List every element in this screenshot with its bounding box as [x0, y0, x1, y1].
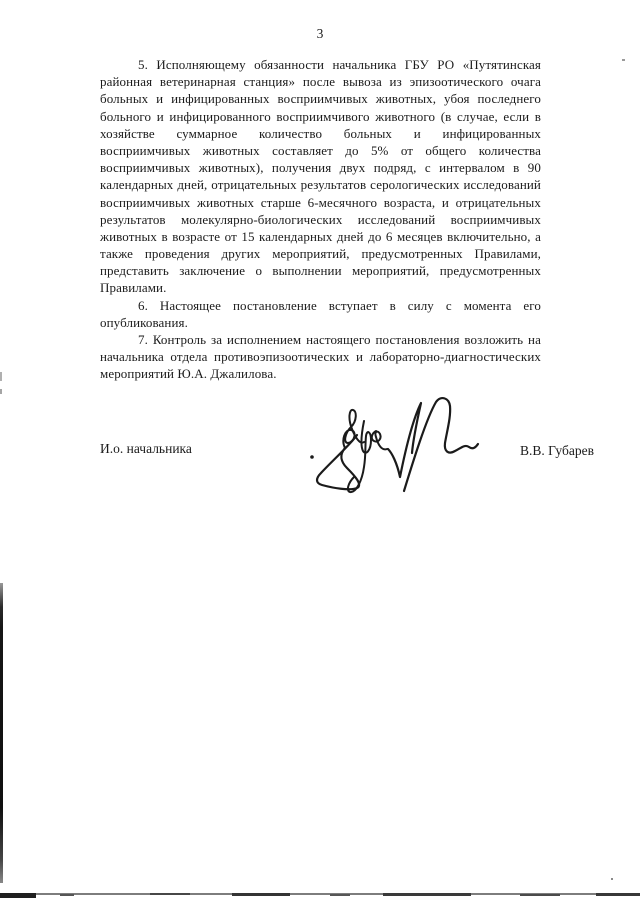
paragraph-line: 7. Контроль за исполнением настоящего по… — [100, 331, 541, 348]
paragraph-line: больного и инфицированного восприимчивог… — [100, 108, 541, 125]
paragraph-line: хозяйстве суммарное количество больных и… — [100, 125, 541, 142]
signer-name-label: В.В. Губарев — [520, 443, 594, 459]
paragraph-line: начальника отдела противоэпизоотических … — [100, 348, 541, 365]
text-block: 5. Исполняющему обязанности начальника Г… — [100, 56, 541, 383]
paragraph-line: результатов молекулярно-биологических ис… — [100, 211, 541, 228]
paragraph-line: Правилами. — [100, 279, 541, 296]
paragraph-line: 5. Исполняющему обязанности начальника Г… — [100, 56, 541, 73]
scan-artifact-speck — [611, 878, 613, 880]
scan-artifact-segment — [520, 894, 560, 896]
scan-artifact-segment — [232, 893, 290, 896]
scan-artifact-segment — [60, 894, 74, 896]
paragraph-line: 6. Настоящее постановление вступает в си… — [100, 297, 541, 314]
scan-artifact-left-tick — [0, 372, 2, 381]
scan-artifact-left-strip — [0, 583, 3, 883]
paragraph-line: опубликования. — [100, 314, 541, 331]
paragraph-5: 5. Исполняющему обязанности начальника Г… — [100, 56, 541, 297]
paragraph-line: календарных дней, отрицательных результа… — [100, 176, 541, 193]
paragraph-line: мероприятий Ю.А. Джалилова. — [100, 365, 541, 382]
signature-ink-dot — [310, 455, 314, 459]
scan-artifact-segment — [330, 894, 350, 896]
paragraph-line: районная ветеринарная станция» после выв… — [100, 73, 541, 90]
paragraph-line: представить заключение о выполнении меро… — [100, 262, 541, 279]
scan-artifact-segment — [0, 893, 36, 898]
paragraph-line: также проведения других мероприятий, пре… — [100, 245, 541, 262]
scan-artifact-segment — [596, 893, 640, 896]
paragraph-line: животных в возрасте от 15 календарных дн… — [100, 228, 541, 245]
handwritten-signature-icon — [300, 393, 480, 503]
scan-artifact-left-tick — [0, 389, 2, 394]
paragraph-line: восприимчивых животных старше 6-месячног… — [100, 194, 541, 211]
paragraph-line: восприимчивых животных), получения двух … — [100, 159, 541, 176]
signer-position-label: И.о. начальника — [100, 441, 192, 457]
paragraph-6: 6. Настоящее постановление вступает в си… — [100, 297, 541, 331]
page-number: 3 — [0, 26, 640, 42]
paragraph-line: больных и инфицированных восприимчивых ж… — [100, 90, 541, 107]
scanned-document-page: 3 5. Исполняющему обязанности начальника… — [0, 0, 640, 905]
scan-artifact-speck — [622, 59, 625, 61]
scan-artifact-segment — [150, 893, 190, 895]
scan-artifact-segment — [383, 893, 471, 896]
paragraph-7: 7. Контроль за исполнением настоящего по… — [100, 331, 541, 383]
paragraph-line: восприимчивых животных составляет до 5% … — [100, 142, 541, 159]
